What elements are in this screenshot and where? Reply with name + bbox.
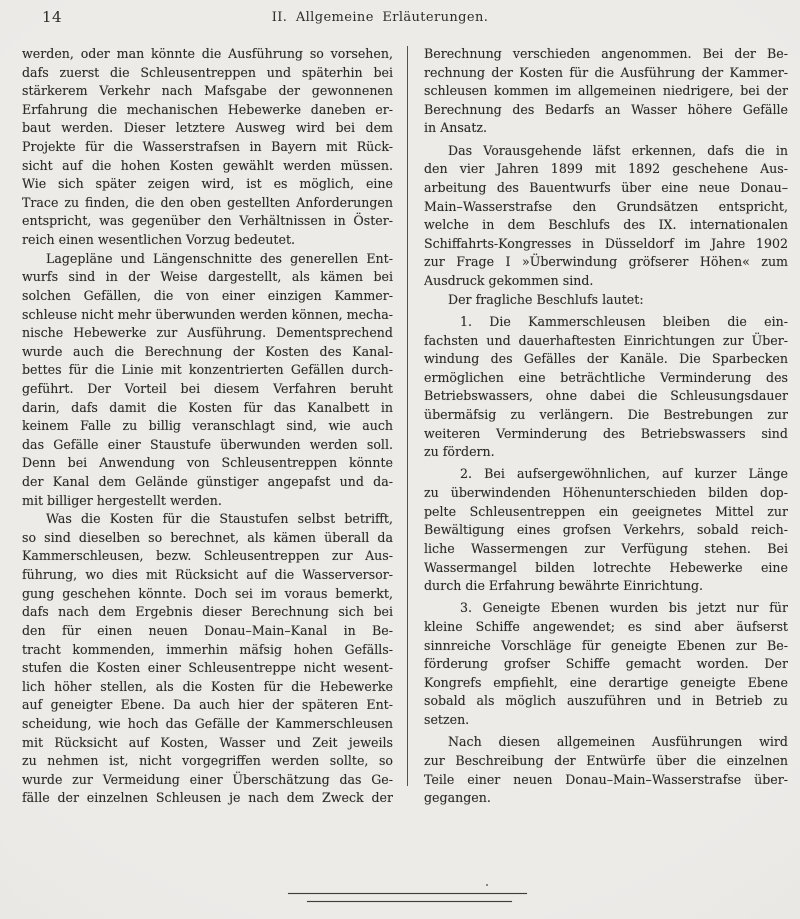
- text-line: geführt. Der Vorteil bei diesem Verfahre…: [22, 380, 393, 399]
- text-line: kleine Schiffe angewendet; es sind aber …: [424, 618, 788, 637]
- text-line: zu überwindenden Höhenunterschieden bild…: [424, 484, 788, 503]
- text-line: förderung grofser Schiffe gemacht worden…: [424, 655, 788, 674]
- text-line: fälle der einzelnen Schleusen je nach de…: [22, 789, 393, 808]
- text-line: gung geschehen könnte. Doch sei im vorau…: [22, 585, 393, 604]
- text-line: den für einen neuen Donau–Main–Kanal in …: [22, 622, 393, 641]
- text-line: baut werden. Dieser letztere Ausweg wird…: [22, 119, 393, 138]
- text-line: schleuse nicht mehr überwunden werden kö…: [22, 306, 393, 325]
- text-line: Kammerschleusen, bezw. Schleusentreppen …: [22, 547, 393, 566]
- text-line: tracht kommenden, immerhin mäfsig hohen …: [22, 641, 393, 660]
- text-line: zu nehmen ist, nicht vorgegriffen werden…: [22, 752, 393, 771]
- text-line: so sind dieselben so berechnet, als käme…: [22, 529, 393, 548]
- text-line: Nach diesen allgemeinen Ausführungen wir…: [424, 733, 788, 752]
- text-line: bettes für die Linie mit konzentrierten …: [22, 361, 393, 380]
- text-line: entspricht, was gegenüber den Verhältnis…: [22, 212, 393, 231]
- column-divider-rule: [407, 46, 408, 786]
- text-line: durch die Erfahrung bewährte Einrichtung…: [424, 577, 788, 596]
- text-line: führung, wo dies mit Rücksicht auf die W…: [22, 566, 393, 585]
- text-line: wurde zur Vermeidung einer Überschätzung…: [22, 771, 393, 790]
- text-line: mit billiger hergestellt werden.: [22, 492, 393, 511]
- text-line: 2. Bei aufsergewöhnlichen, auf kurzer Lä…: [424, 465, 788, 484]
- text-line: scheidung, wie hoch das Gefälle der Kamm…: [22, 715, 393, 734]
- text-line: Betriebswassers, ohne dabei die Schleusu…: [424, 387, 788, 406]
- page-number: 14: [42, 8, 62, 26]
- text-line: sobald als möglich auszuführen und in Be…: [424, 692, 788, 711]
- text-line: Schiffahrts-Kongresses in Düsseldorf im …: [424, 235, 788, 254]
- text-line: ermöglichen eine beträchtliche Verminder…: [424, 369, 788, 388]
- text-line: dafs nach dem Ergebnis dieser Berechnung…: [22, 603, 393, 622]
- text-line: der Kanal dem Gelände günstiger angepafs…: [22, 473, 393, 492]
- text-line: sinnreiche Vorschläge für geneigte Ebene…: [424, 637, 788, 656]
- ink-speck: [486, 884, 488, 886]
- text-line: werden, oder man könnte die Ausführung s…: [22, 45, 393, 64]
- text-line: in Ansatz.: [424, 119, 788, 138]
- text-line: Berechnung des Bedarfs an Wasser höhere …: [424, 101, 788, 120]
- text-line: setzen.: [424, 711, 788, 730]
- text-line: weiteren Verminderung des Betriebswasser…: [424, 425, 788, 444]
- text-line: übermäfsig zu verlängern. Die Bestrebung…: [424, 406, 788, 425]
- text-line: den vier Jahren 1899 mit 1892 geschehene…: [424, 160, 788, 179]
- text-line: Berechnung verschieden angenommen. Bei d…: [424, 45, 788, 64]
- text-line: das Gefälle einer Staustufe überwunden w…: [22, 436, 393, 455]
- text-line: Ausdruck gekommen sind.: [424, 272, 788, 291]
- text-line: stärkerem Verkehr nach Mafsgabe der gewo…: [22, 82, 393, 101]
- text-line: stufen die Kosten einer Schleusentreppe …: [22, 659, 393, 678]
- text-line: Wassermangel bilden lotrechte Hebewerke …: [424, 559, 788, 578]
- text-line: wurfs sind in der Weise dargestellt, als…: [22, 268, 393, 287]
- text-line: reich einen wesentlichen Vorzug bedeutet…: [22, 231, 393, 250]
- text-line: fachsten und dauerhaftesten Einrichtunge…: [424, 332, 788, 351]
- text-line: Teile einer neuen Donau–Main–Wasserstraf…: [424, 771, 788, 790]
- text-line: rechnung der Kosten für die Ausführung d…: [424, 64, 788, 83]
- text-line: Erfahrung die mechanischen Hebewerke dan…: [22, 101, 393, 120]
- text-line: schleusen kommen im allgemeinen niedrige…: [424, 82, 788, 101]
- text-line: nische Hebewerke zur Ausführung. Dements…: [22, 324, 393, 343]
- text-line: Lagepläne und Längenschnitte des generel…: [22, 250, 393, 269]
- text-line: Der fragliche Beschlufs lautet:: [424, 291, 788, 310]
- text-line: dafs zuerst die Schleusentreppen und spä…: [22, 64, 393, 83]
- text-line: 1. Die Kammerschleusen bleiben die ein-: [424, 313, 788, 332]
- text-line: Kongrefs empfiehlt, eine derartige genei…: [424, 674, 788, 693]
- text-line: Bewältigung eines grofsen Verkehrs, soba…: [424, 521, 788, 540]
- text-line: lich höher stellen, als die Kosten für d…: [22, 678, 393, 697]
- footer-rule-bottom: [307, 901, 512, 902]
- text-line: Denn bei Anwendung von Schleusentreppen …: [22, 454, 393, 473]
- right-column: Berechnung verschieden angenommen. Bei d…: [424, 45, 788, 808]
- text-line: Was die Kosten für die Staustufen selbst…: [22, 510, 393, 529]
- text-line: Main–Wasserstrafse den Grundsätzen entsp…: [424, 198, 788, 217]
- text-line: pelte Schleusentreppen ein geeignetes Mi…: [424, 503, 788, 522]
- text-line: Das Vorausgehende läfst erkennen, dafs d…: [424, 142, 788, 161]
- text-line: arbeitung des Bauentwurfs über eine neue…: [424, 179, 788, 198]
- text-line: zu fördern.: [424, 443, 788, 462]
- text-line: auf geneigter Ebene. Da auch hier der sp…: [22, 696, 393, 715]
- text-line: gegangen.: [424, 789, 788, 808]
- text-line: mit Rücksicht auf Kosten, Wasser und Zei…: [22, 734, 393, 753]
- text-line: solchen Gefällen, die von einer einzigen…: [22, 287, 393, 306]
- text-line: darin, dafs damit die Kosten für das Kan…: [22, 399, 393, 418]
- text-line: windung des Gefälles der Kanäle. Die Spa…: [424, 350, 788, 369]
- scanned-book-page: 14 II. Allgemeine Erläuterungen. werden,…: [0, 0, 800, 919]
- text-line: zur Frage I »Überwindung gröfserer Höhen…: [424, 253, 788, 272]
- text-line: liche Wassermengen zur Verfügung stehen.…: [424, 540, 788, 559]
- left-column: werden, oder man könnte die Ausführung s…: [22, 45, 393, 808]
- text-line: wurde auch die Berechnung der Kosten des…: [22, 343, 393, 362]
- text-line: 3. Geneigte Ebenen wurden bis jetzt nur …: [424, 599, 788, 618]
- text-line: sicht auf die hohen Kosten gewählt werde…: [22, 157, 393, 176]
- running-head: II. Allgemeine Erläuterungen.: [272, 10, 489, 25]
- text-line: welche in dem Beschlufs des IX. internat…: [424, 216, 788, 235]
- text-line: keinem Falle zu billig veranschlagt sind…: [22, 417, 393, 436]
- text-line: Wie sich später zeigen wird, ist es mögl…: [22, 175, 393, 194]
- text-line: zur Beschreibung der Entwürfe über die e…: [424, 752, 788, 771]
- text-line: Projekte für die Wasserstrafsen in Bayer…: [22, 138, 393, 157]
- text-line: Trace zu finden, die den oben gestellten…: [22, 194, 393, 213]
- footer-rule-top: [288, 893, 527, 894]
